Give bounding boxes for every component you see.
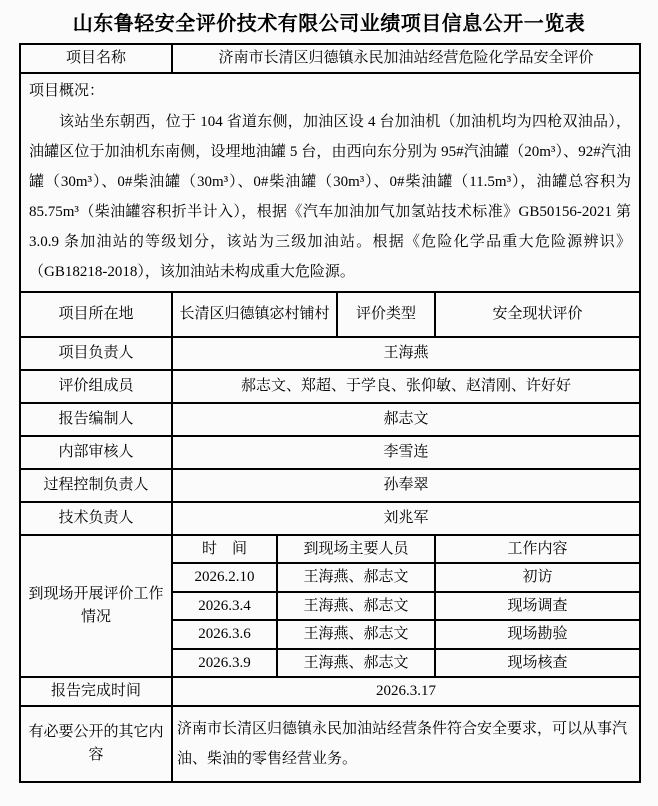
visit-date: 2026.3.9 <box>172 649 277 678</box>
table-row: 评价组成员 郝志文、郑超、于学良、张仰敏、赵清刚、许好好 <box>20 370 640 403</box>
row-label: 项目负责人 <box>20 337 172 370</box>
location-label: 项目所在地 <box>20 292 172 337</box>
row-label: 技术负责人 <box>20 502 172 535</box>
row-value: 刘兆军 <box>172 502 640 535</box>
site-visits-header-work: 工作内容 <box>435 535 640 564</box>
visit-work: 现场调查 <box>435 592 640 621</box>
visit-people: 王海燕、郝志文 <box>277 563 435 592</box>
location-value: 长清区归德镇宓村铺村 <box>172 292 337 337</box>
visit-date: 2026.3.6 <box>172 620 277 649</box>
visit-people: 王海燕、郝志文 <box>277 592 435 621</box>
site-visits-header-people: 到现场主要人员 <box>277 535 435 564</box>
table-row: 有必要公开的其它内容 济南市长清区归德镇永民加油站经营条件符合安全要求，可以从事… <box>20 706 640 782</box>
other-content-cell: 济南市长清区归德镇永民加油站经营条件符合安全要求，可以从事汽油、柴油的零售经营业… <box>172 706 640 782</box>
report-date-value: 2026.3.17 <box>172 677 640 706</box>
table-row: 项目负责人 王海燕 <box>20 337 640 370</box>
visit-date: 2026.2.10 <box>172 563 277 592</box>
table-row: 项目名称 济南市长清区归德镇永民加油站经营危险化学品安全评价 <box>20 44 640 73</box>
visit-work: 现场勘验 <box>435 620 640 649</box>
page-title: 山东鲁轻安全评价技术有限公司业绩项目信息公开一览表 <box>0 7 658 36</box>
table-row: 报告完成时间 2026.3.17 <box>20 677 640 706</box>
row-value: 李雪连 <box>172 436 640 469</box>
table-row: 内部审核人 李雪连 <box>20 436 640 469</box>
eval-type-value: 安全现状评价 <box>435 292 640 337</box>
overview-text: 该站坐东朝西，位于 104 省道东侧，加油区设 4 台加油机（加油机均为四枪双油… <box>29 107 631 287</box>
table-row: 项目所在地 长清区归德镇宓村铺村 评价类型 安全现状评价 <box>20 292 640 337</box>
row-label: 过程控制负责人 <box>20 469 172 502</box>
project-name-value: 济南市长清区归德镇永民加油站经营危险化学品安全评价 <box>172 44 640 73</box>
other-content-label: 有必要公开的其它内容 <box>20 706 172 782</box>
other-content-text: 济南市长清区归德镇永民加油站经营条件符合安全要求，可以从事汽油、柴油的零售经营业… <box>177 714 635 774</box>
row-label: 内部审核人 <box>20 436 172 469</box>
row-value: 孙奉翠 <box>172 469 640 502</box>
visit-work: 初访 <box>435 563 640 592</box>
row-value: 王海燕 <box>172 337 640 370</box>
visit-people: 王海燕、郝志文 <box>277 649 435 678</box>
overview-label: 项目概况： <box>29 80 631 103</box>
site-visits-header-time: 时 间 <box>172 535 277 564</box>
document-page: 山东鲁轻安全评价技术有限公司业绩项目信息公开一览表 项目名称 济南市长清区归德镇… <box>0 0 658 806</box>
table-row: 过程控制负责人 孙奉翠 <box>20 469 640 502</box>
project-info-table: 项目名称 济南市长清区归德镇永民加油站经营危险化学品安全评价 项目概况： 该站坐… <box>19 43 641 783</box>
row-label: 评价组成员 <box>20 370 172 403</box>
table-row: 报告编制人 郝志文 <box>20 403 640 436</box>
table-row: 到现场开展评价工作情况 时 间 到现场主要人员 工作内容 <box>20 535 640 564</box>
site-visits-label: 到现场开展评价工作情况 <box>20 535 172 678</box>
visit-people: 王海燕、郝志文 <box>277 620 435 649</box>
visit-date: 2026.3.4 <box>172 592 277 621</box>
row-value: 郝志文、郑超、于学良、张仰敏、赵清刚、许好好 <box>172 370 640 403</box>
table-row: 项目概况： 该站坐东朝西，位于 104 省道东侧，加油区设 4 台加油机（加油机… <box>20 73 640 292</box>
row-label: 报告编制人 <box>20 403 172 436</box>
overview-cell: 项目概况： 该站坐东朝西，位于 104 省道东侧，加油区设 4 台加油机（加油机… <box>20 73 640 292</box>
project-name-label: 项目名称 <box>20 44 172 73</box>
visit-work: 现场核查 <box>435 649 640 678</box>
table-row: 技术负责人 刘兆军 <box>20 502 640 535</box>
row-value: 郝志文 <box>172 403 640 436</box>
eval-type-label: 评价类型 <box>337 292 435 337</box>
report-date-label: 报告完成时间 <box>20 677 172 706</box>
